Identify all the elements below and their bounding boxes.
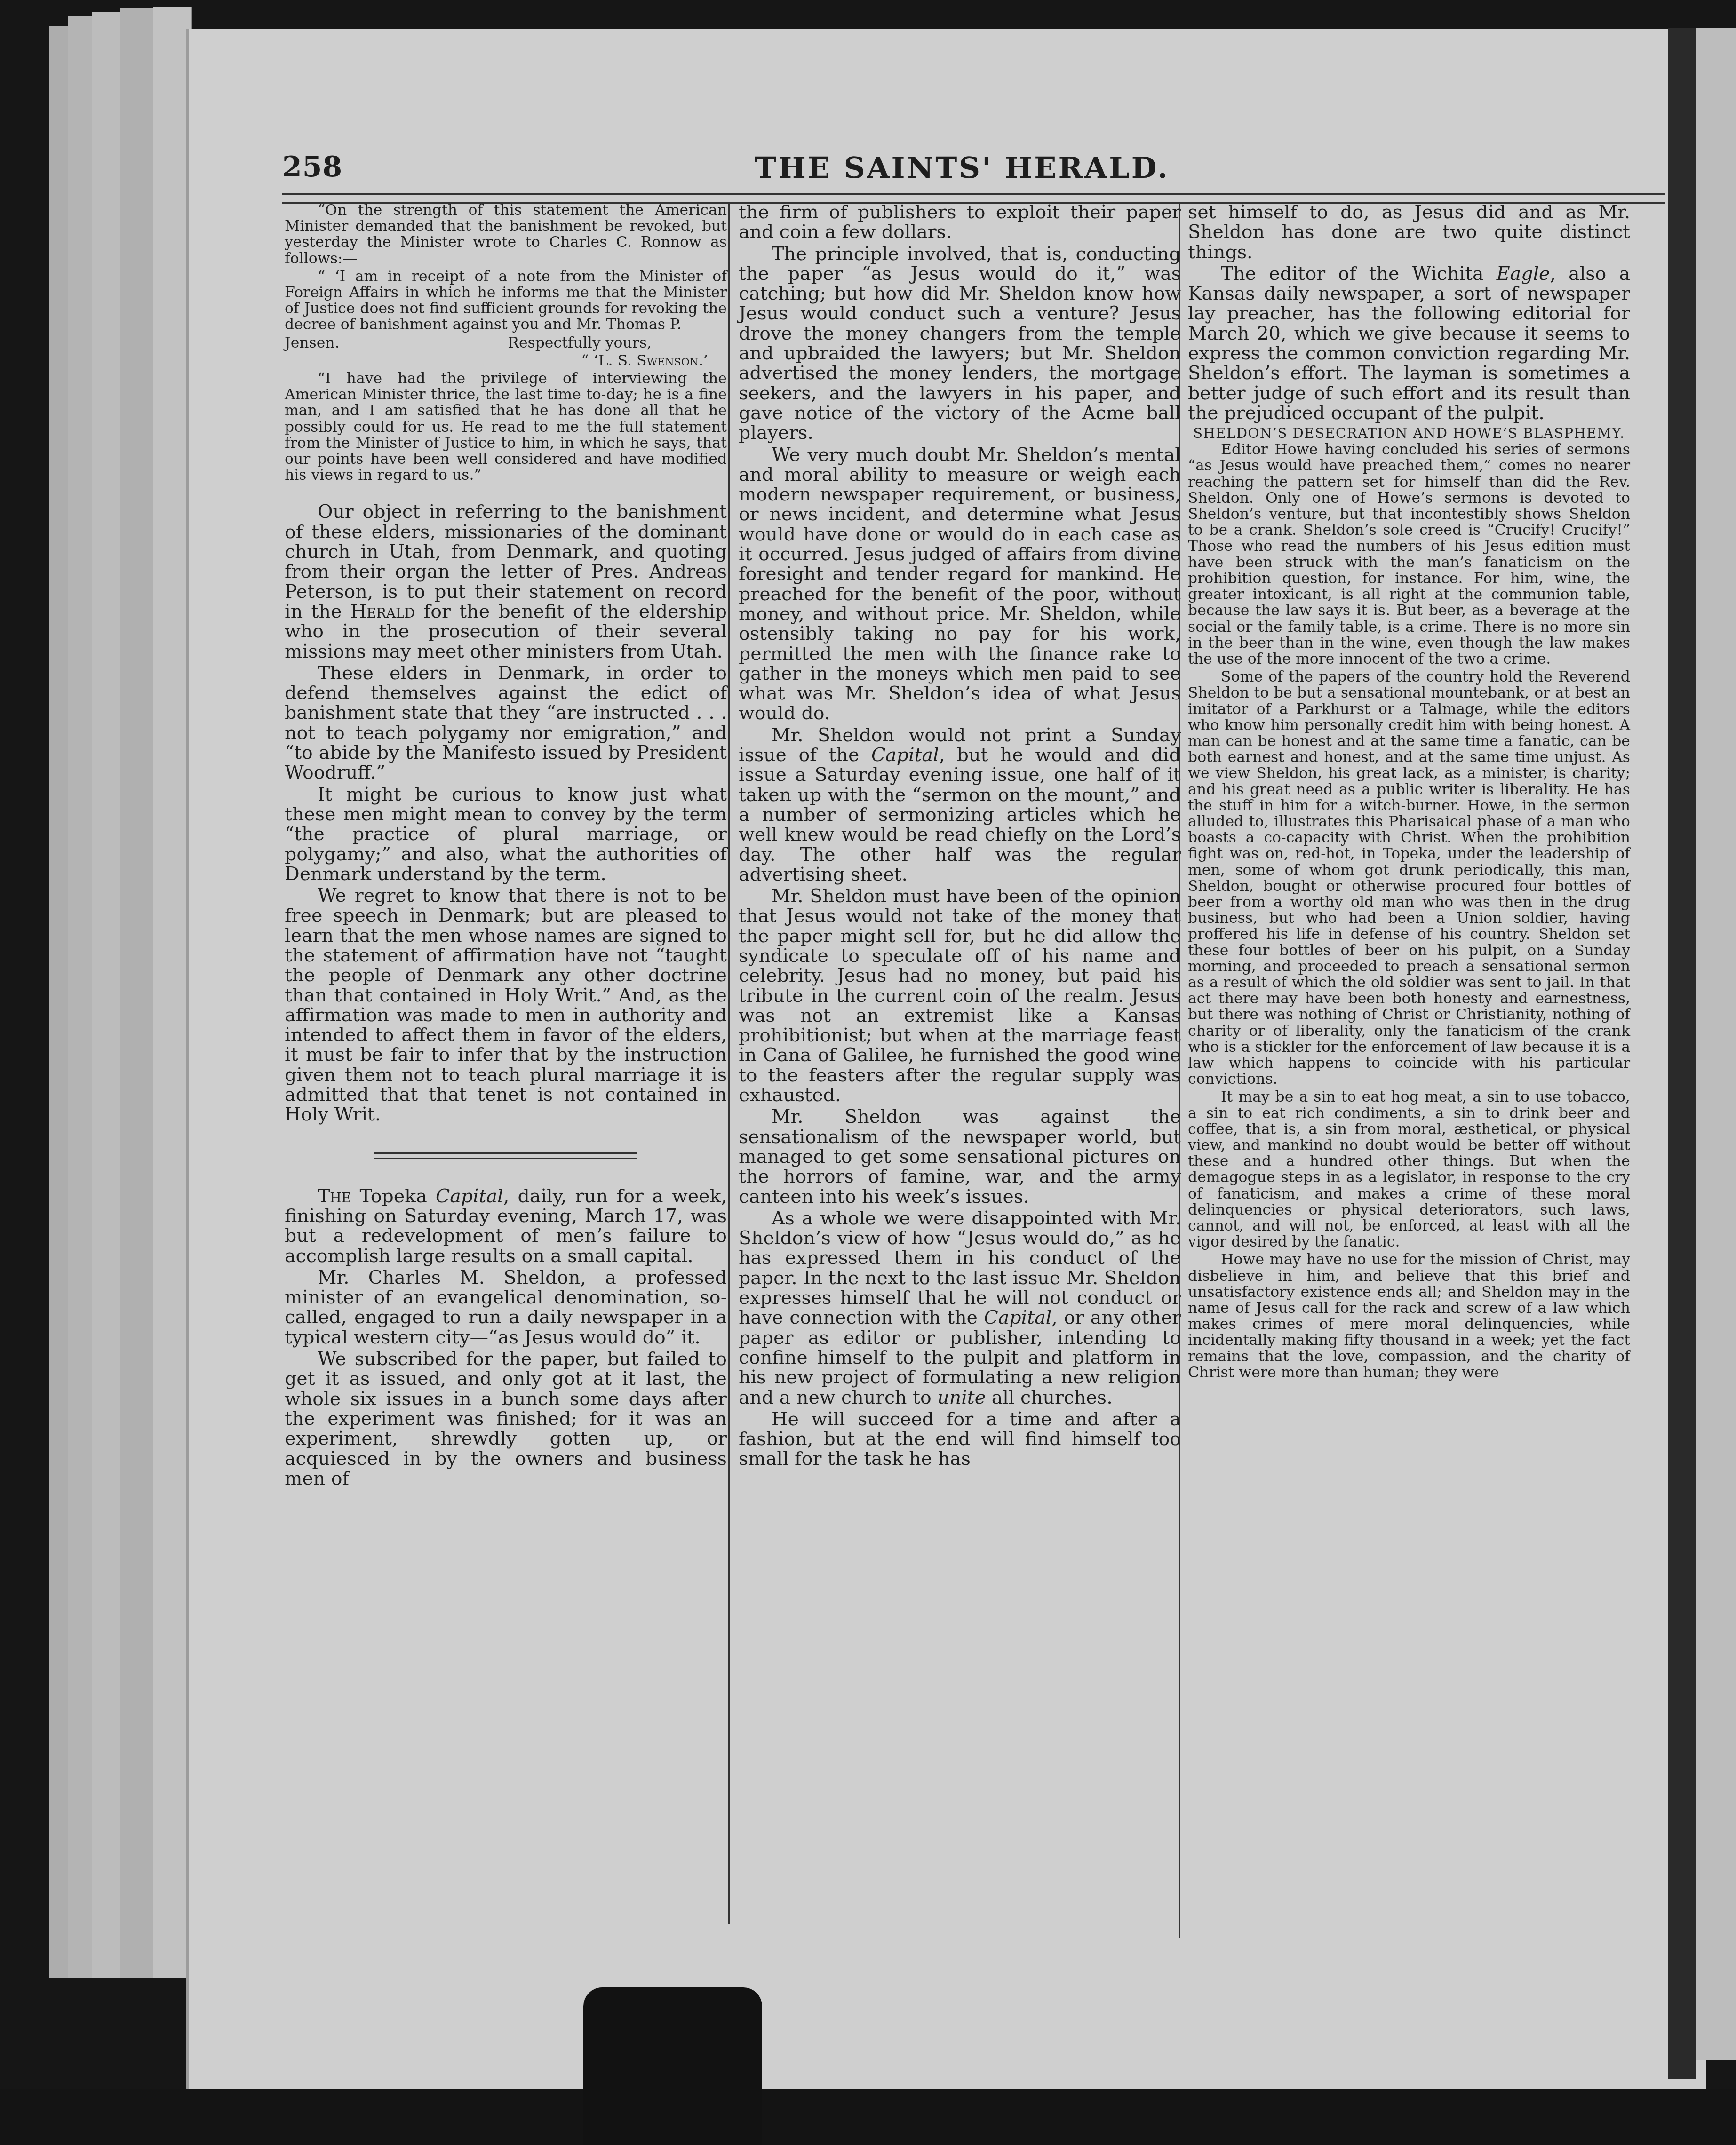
text-run: all churches. — [986, 1387, 1113, 1408]
article-paragraph: He will succeed for a time and after a f… — [739, 1409, 1181, 1469]
next-page-edge — [1696, 28, 1736, 2060]
column-3: set himself to do, as Jesus did and as M… — [1188, 202, 1630, 1381]
italic-word: unite — [937, 1387, 986, 1408]
page-edges — [49, 26, 191, 1978]
article-paragraph: It might be curious to know just what th… — [285, 785, 727, 884]
italic-title: Eagle — [1497, 263, 1550, 285]
book-gutter — [1668, 28, 1696, 2079]
text-run: , but he would and did issue a Saturday … — [739, 744, 1181, 885]
column-2: the firm of publishers to exploit their … — [739, 202, 1181, 1469]
quoted-editorial: Editor Howe having concluded his series … — [1188, 442, 1630, 1381]
article-paragraph: Mr. Sheldon must have been of the opinio… — [739, 886, 1181, 1105]
letter-signature: “ ‘L. S. Swenson.’ — [285, 353, 708, 369]
article-paragraph: The editor of the Wichita Eagle, also a … — [1188, 264, 1630, 423]
article-paragraph: The Topeka Capital, daily, run for a wee… — [285, 1186, 727, 1266]
italic-title: Capital — [436, 1185, 503, 1207]
article-paragraph: These elders in Denmark, in order to def… — [285, 663, 727, 783]
text-run: , also a Kansas daily newspaper, a sort … — [1188, 263, 1630, 424]
quoted-letter: “On the strength of this statement the A… — [285, 202, 727, 483]
column-1: “On the strength of this statement the A… — [285, 202, 727, 1488]
page-number: 258 — [282, 151, 342, 183]
letter-closing: Respectfully yours, — [508, 335, 652, 351]
page-header: 258 THE SAINTS' HERALD. — [282, 151, 1661, 188]
article-paragraph: The principle involved, that is, conduct… — [739, 244, 1181, 443]
article-paragraph: We very much doubt Mr. Sheldon’s mental … — [739, 445, 1181, 723]
editorial-paragraph: It may be a sin to eat hog meat, a sin t… — [1188, 1089, 1630, 1250]
column-divider — [1179, 202, 1180, 1938]
editorial-paragraph: Howe may have no use for the mission of … — [1188, 1252, 1630, 1381]
section-divider — [374, 1152, 637, 1159]
article-paragraph: We regret to know that there is not to b… — [285, 886, 727, 1125]
book-clamp — [583, 1987, 762, 2145]
column-divider — [728, 202, 730, 1924]
quote-paragraph: “ ‘I am in receipt of a note from the Mi… — [285, 269, 727, 333]
lead-small-caps: The — [318, 1185, 351, 1207]
editorial-paragraph: Editor Howe having concluded his series … — [1188, 442, 1630, 667]
editorial-paragraph: Some of the papers of the country hold t… — [1188, 669, 1630, 1087]
herald-small-caps: Herald — [350, 601, 415, 622]
text-run: The editor of the Wichita — [1221, 263, 1497, 285]
article-paragraph: Mr. Sheldon was against the sensationali… — [739, 1107, 1181, 1206]
article-paragraph: the firm of publishers to exploit their … — [739, 202, 1181, 242]
italic-title: Capital — [984, 1307, 1052, 1328]
letter-closing-line: Jensen. Respectfully yours, — [285, 335, 727, 351]
letter-closing-name: Jensen. — [285, 335, 340, 351]
quote-paragraph: “I have had the privilege of interviewin… — [285, 371, 727, 483]
text-run: Topeka — [351, 1185, 436, 1207]
editorial-subheading: SHELDON’S DESECRATION AND HOWE’S BLASPHE… — [1188, 425, 1630, 442]
article-paragraph: We subscribed for the paper, but failed … — [285, 1349, 727, 1488]
article-paragraph: set himself to do, as Jesus did and as M… — [1188, 202, 1630, 262]
italic-title: Capital — [871, 744, 939, 766]
article-paragraph: Mr. Sheldon would not print a Sunday iss… — [739, 725, 1181, 884]
quote-paragraph: “On the strength of this statement the A… — [285, 202, 727, 267]
masthead-title: THE SAINTS' HERALD. — [461, 151, 1661, 185]
scan-background-bottom — [0, 2089, 1736, 2145]
article-paragraph: Our object in referring to the banishmen… — [285, 502, 727, 661]
article-paragraph: Mr. Charles M. Sheldon, a professed mini… — [285, 1268, 727, 1347]
article-paragraph: As a whole we were disappointed with Mr.… — [739, 1208, 1181, 1407]
